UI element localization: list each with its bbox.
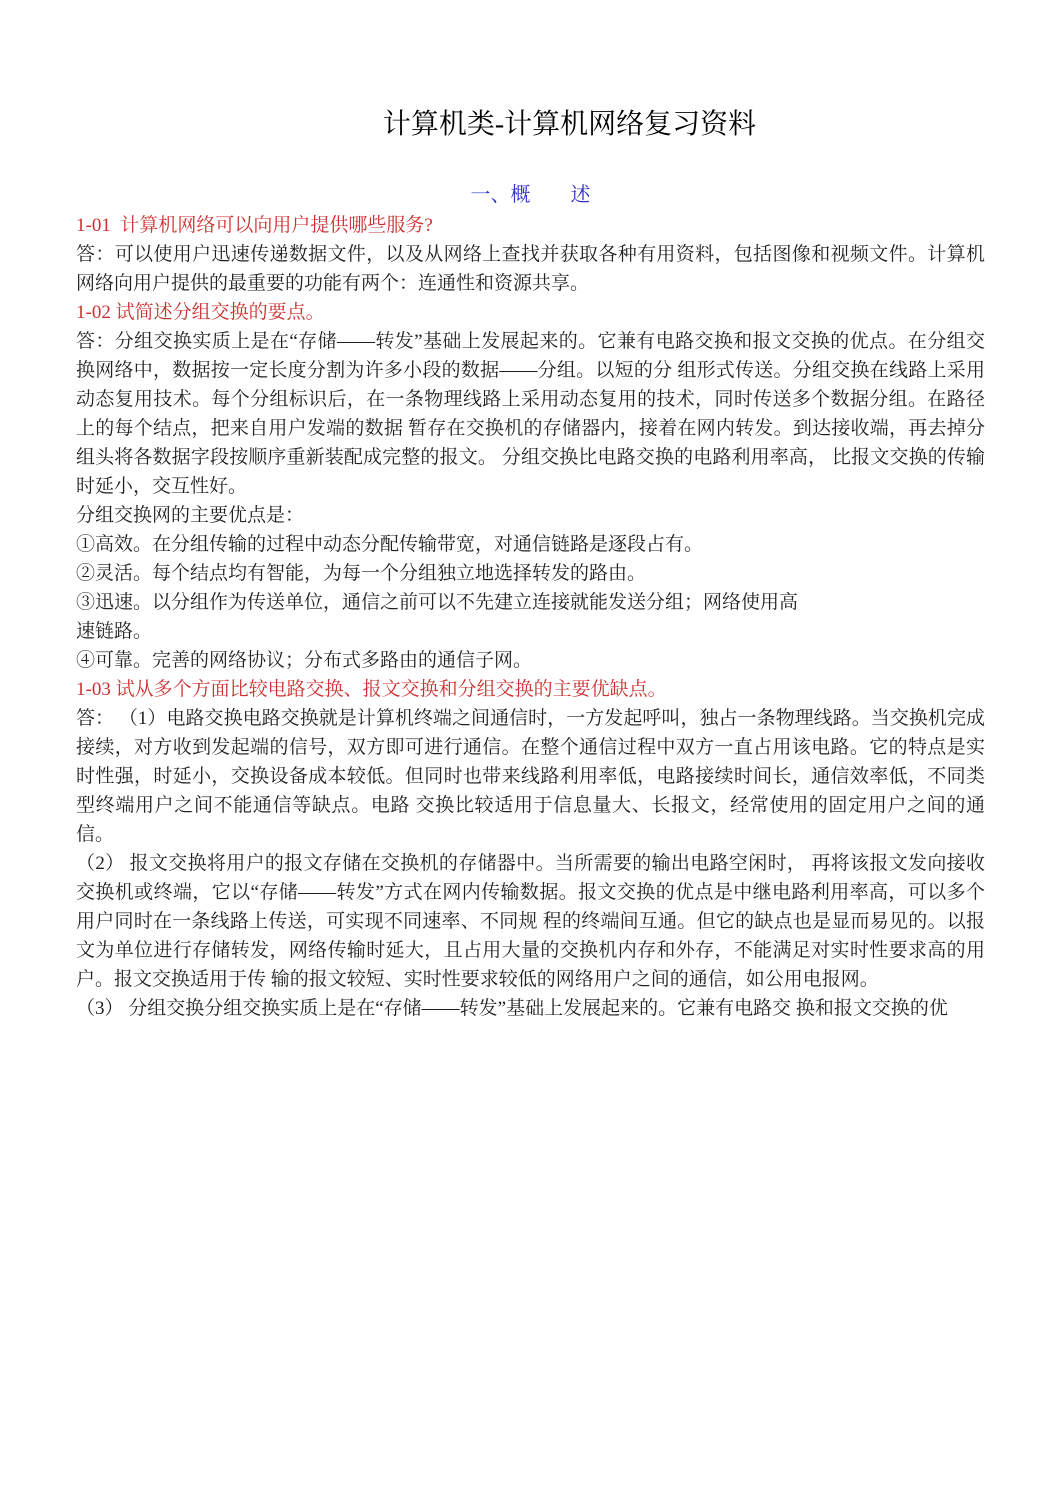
advantage-item-3: ③迅速。以分组作为传送单位，通信之前可以不先建立连接就能发送分组；网络使用高 [76,588,985,617]
question-1-02: 1-02 试简述分组交换的要点。 [76,298,985,327]
qa-body: 1-01 计算机网络可以向用户提供哪些服务? 答：可以使用户迅速传递数据文件，以… [76,211,985,1023]
question-1-01: 1-01 计算机网络可以向用户提供哪些服务? [76,211,985,240]
advantage-item-4: ④可靠。完善的网络协议；分布式多路由的通信子网。 [76,646,985,675]
document-page: 计算机类-计算机网络复习资料 一、概 述 1-01 计算机网络可以向用户提供哪些… [0,0,1059,1497]
advantage-item-1: ①高效。在分组传输的过程中动态分配传输带宽，对通信链路是逐段占有。 [76,530,985,559]
answer-1-03-circuit-switching: 答： （1）电路交换电路交换就是计算机终端之间通信时，一方发起呼叫，独占一条物理… [76,704,985,849]
answer-1-03-packet-switching: （3） 分组交换分组交换实质上是在“存储——转发”基础上发展起来的。它兼有电路交… [76,994,985,1023]
advantage-item-3-continuation: 速链路。 [76,617,985,646]
question-1-03: 1-03 试从多个方面比较电路交换、报文交换和分组交换的主要优缺点。 [76,675,985,704]
document-title: 计算机类-计算机网络复习资料 [76,104,985,146]
document-content: 计算机类-计算机网络复习资料 一、概 述 1-01 计算机网络可以向用户提供哪些… [0,0,1059,1023]
section-heading-overview: 一、概 述 [76,181,985,209]
answer-1-02-main: 答：分组交换实质上是在“存储——转发”基础上发展起来的。它兼有电路交换和报文交换… [76,327,985,501]
answer-1-01: 答：可以使用户迅速传递数据文件，以及从网络上查找并获取各种有用资料，包括图像和视… [76,240,985,298]
answer-1-02-advantages-intro: 分组交换网的主要优点是： [76,501,985,530]
answer-1-03-message-switching: （2） 报文交换将用户的报文存储在交换机的存储器中。当所需要的输出电路空闲时， … [76,849,985,994]
advantage-item-2: ②灵活。每个结点均有智能，为每一个分组独立地选择转发的路由。 [76,559,985,588]
